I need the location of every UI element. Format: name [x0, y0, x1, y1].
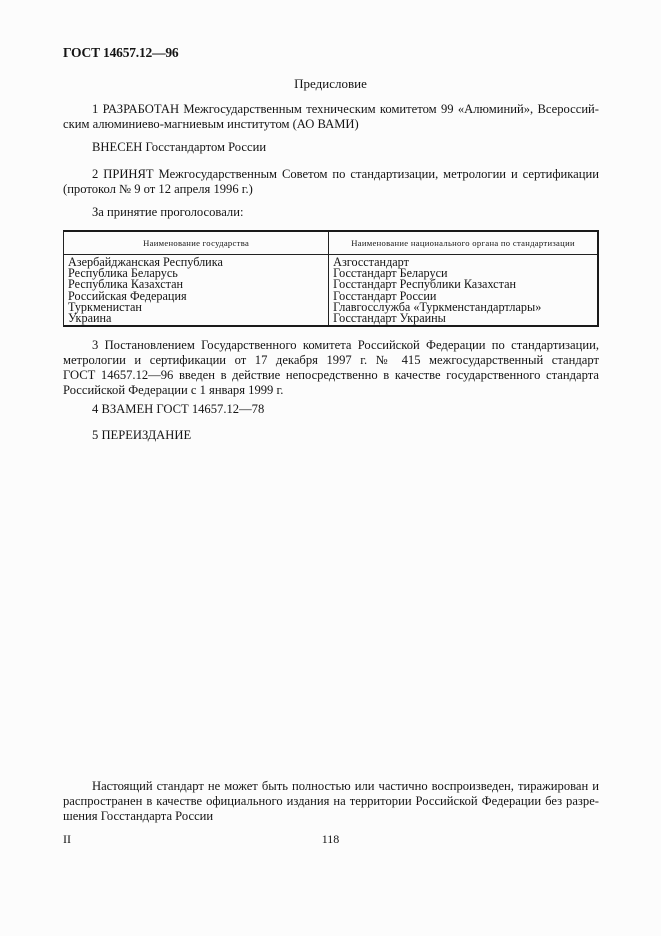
item-4-replaces: 4 ВЗАМЕН ГОСТ 14657.12—78 — [63, 402, 599, 417]
table-row: Туркменистан Главгосслужба «Туркменстанд… — [64, 302, 597, 313]
item-1-line-2: ским алюминиево-магниевым институтом (АО… — [63, 117, 599, 132]
item-3-line-2: метрологии и сертификации от 17 декабря … — [63, 353, 599, 368]
item-3-enacted: 3 Постановлением Государственного комите… — [63, 338, 599, 398]
vote-table-header-row: Наименование государства Наименование на… — [64, 232, 597, 255]
item-2-line-1: 2 ПРИНЯТ Межгосударственным Советом по с… — [63, 167, 599, 182]
voted-intro-text: За принятие проголосовали: — [63, 205, 599, 220]
header-standards-body: Наименование национального органа по ста… — [329, 232, 597, 255]
notice-line-2: распространен в качестве официального из… — [63, 794, 599, 809]
header-state: Наименование государства — [64, 232, 329, 255]
item-4-text: 4 ВЗАМЕН ГОСТ 14657.12—78 — [63, 402, 599, 417]
item-2-line-2: (протокол № 9 от 12 апреля 1996 г.) — [63, 182, 599, 197]
vote-table-frame: Наименование государства Наименование на… — [63, 230, 599, 327]
item-3-line-1: 3 Постановлением Государственного комите… — [63, 338, 599, 353]
introduced-text: ВНЕСЕН Госстандартом России — [63, 140, 599, 155]
notice-line-1: Настоящий стандарт не может быть полност… — [63, 779, 599, 794]
item-introduced: ВНЕСЕН Госстандартом России — [63, 140, 599, 155]
state-cell: Украина — [64, 313, 329, 325]
vote-table: Наименование государства Наименование на… — [64, 232, 597, 325]
item-3-line-4: Российской Федерации с 1 января 1999 г. — [63, 383, 599, 398]
item-2-adopted: 2 ПРИНЯТ Межгосударственным Советом по с… — [63, 167, 599, 197]
item-1-line-1: 1 РАЗРАБОТАН Межгосударственным техничес… — [63, 102, 599, 117]
copyright-notice: Настоящий стандарт не может быть полност… — [63, 779, 599, 824]
notice-line-3: шения Госстандарта России — [63, 809, 599, 824]
page-number: 118 — [0, 832, 661, 847]
body-cell: Госстандарт Украины — [329, 313, 597, 325]
section-title-foreword: Предисловие — [0, 76, 661, 92]
item-1-developed: 1 РАЗРАБОТАН Межгосударственным техничес… — [63, 102, 599, 132]
document-code: ГОСТ 14657.12—96 — [63, 45, 178, 61]
item-3-line-3: ГОСТ 14657.12—96 введен в действие непос… — [63, 368, 599, 383]
item-5-text: 5 ПЕРЕИЗДАНИЕ — [63, 428, 599, 443]
voted-intro: За принятие проголосовали: — [63, 205, 599, 220]
table-row: Украина Госстандарт Украины — [64, 313, 597, 325]
item-5-reissue: 5 ПЕРЕИЗДАНИЕ — [63, 428, 599, 443]
